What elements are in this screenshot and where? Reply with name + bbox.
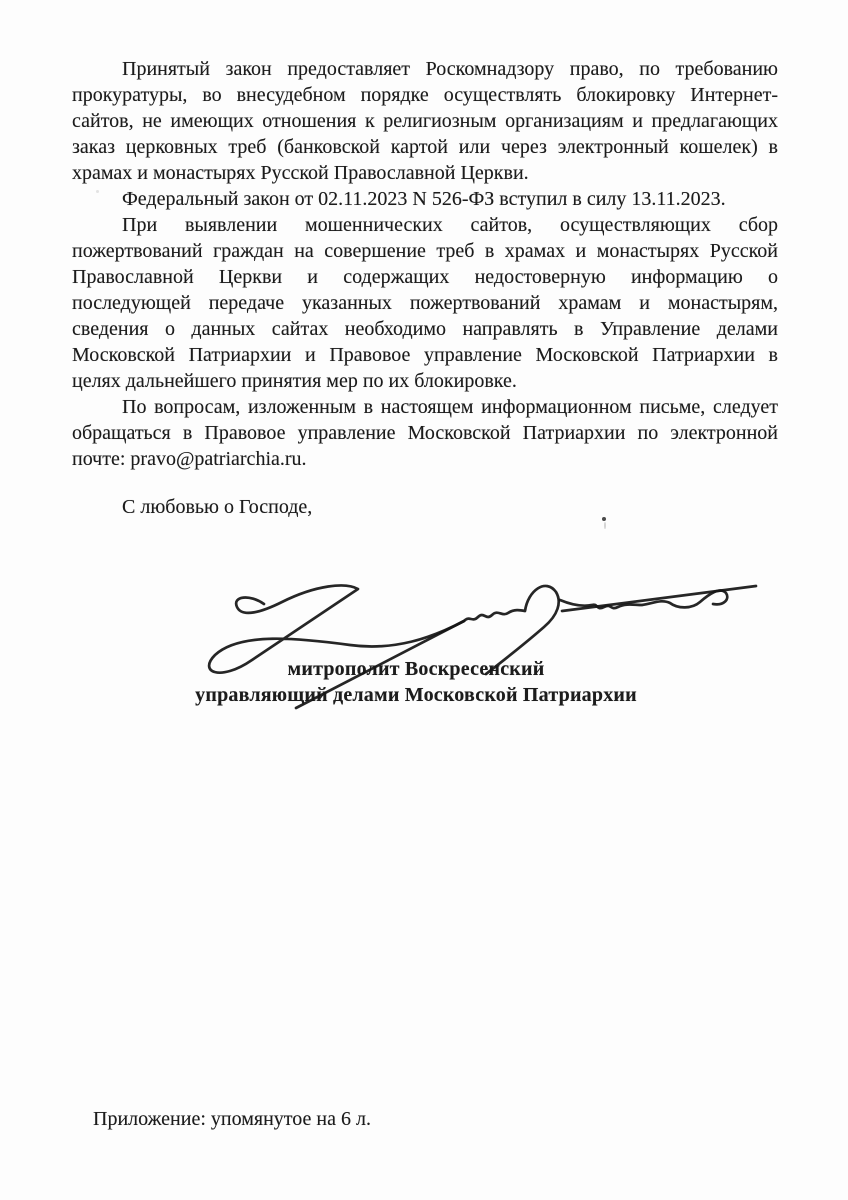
signer-title-block: митрополит Воскресенский управляющий дел…	[0, 656, 832, 708]
letter-line: целях дальнейшего принятия мер по их бло…	[72, 368, 778, 394]
letter-line: храмах и монастырях Русской Православной…	[72, 160, 778, 186]
letter-line: По вопросам, изложенным в настоящем инфо…	[72, 394, 778, 420]
signer-title-line1: митрополит Воскресенский	[0, 656, 832, 682]
letter-body: Принятый закон предоставляет Роскомнадзо…	[72, 56, 778, 472]
letter-line: Православной Церкви и содержащих недосто…	[72, 264, 778, 290]
letter-line: последующей передаче указанных пожертвов…	[72, 290, 778, 316]
scan-speck	[602, 517, 606, 521]
letter-line: сведения о данных сайтах необходимо напр…	[72, 316, 778, 342]
closing-salutation: С любовью о Господе,	[122, 494, 312, 520]
letter-line: пожертвований граждан на совершение треб…	[72, 238, 778, 264]
letter-line: сайтов, не имеющих отношения к религиозн…	[72, 108, 778, 134]
letter-line: почте: pravo@patriarchia.ru.	[72, 446, 778, 472]
letter-line: обращаться в Правовое управление Московс…	[72, 420, 778, 446]
letter-line: При выявлении мошеннических сайтов, осущ…	[72, 212, 778, 238]
letter-line: заказ церковных треб (банковской картой …	[72, 134, 778, 160]
signer-title-line2: управляющий делами Московской Патриархии	[0, 682, 832, 708]
scanned-letter-page: Принятый закон предоставляет Роскомнадзо…	[0, 0, 848, 1200]
letter-line: прокуратуры, во внесудебном порядке осущ…	[72, 82, 778, 108]
letter-line: Принятый закон предоставляет Роскомнадзо…	[72, 56, 778, 82]
scan-speck	[96, 190, 99, 193]
attachment-note: Приложение: упомянутое на 6 л.	[93, 1106, 371, 1132]
scan-speck	[604, 522, 606, 529]
letter-line: Федеральный закон от 02.11.2023 N 526-ФЗ…	[72, 186, 778, 212]
letter-line: Московской Патриархии и Правовое управле…	[72, 342, 778, 368]
